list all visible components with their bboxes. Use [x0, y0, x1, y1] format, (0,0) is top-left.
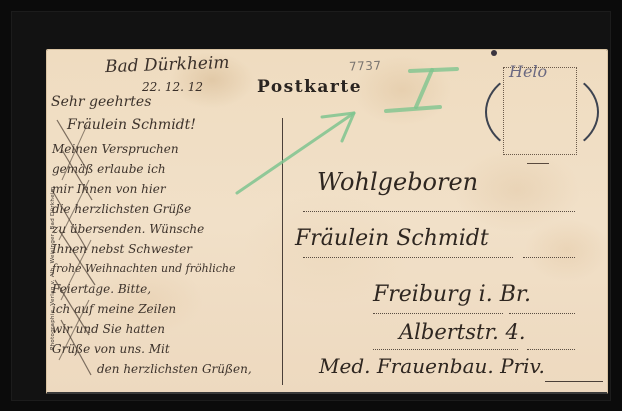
address-street: Albertstr. 4.	[399, 320, 526, 344]
message-line: den herzlichsten Grüßen,	[97, 362, 252, 376]
stamp-underline	[527, 163, 549, 164]
postmark-circle-icon	[485, 68, 599, 156]
address-note-underline	[545, 381, 603, 382]
address-rule	[303, 257, 513, 258]
address-recipient: Fräulein Schmidt	[295, 226, 489, 251]
green-crayon-numeral-icon	[382, 65, 462, 120]
message-line: Sehr geehrtes	[51, 94, 151, 110]
address-rule	[509, 313, 575, 314]
address-city: Freiburg i. Br.	[373, 282, 531, 307]
sender-date: 22. 12. 12	[142, 80, 203, 94]
card-bottom-edge	[47, 392, 607, 394]
address-rule	[527, 349, 575, 350]
address-rule	[373, 313, 503, 314]
address-rule	[373, 349, 518, 350]
crossed-writing-scribble	[47, 110, 107, 390]
printed-title: Postkarte	[257, 77, 362, 97]
postcard: 7737 Bad Dürkheim 22. 12. 12 Postkarte P…	[47, 50, 607, 393]
address-note: Med. Frauenbau. Priv.	[319, 354, 545, 378]
address-rule	[523, 257, 575, 258]
pencil-catalog-number: 7737	[349, 58, 382, 73]
sender-place: Bad Dürkheim	[105, 53, 230, 77]
address-rule	[303, 211, 575, 212]
stamp-area-note: Helo	[509, 62, 547, 81]
ink-dot	[491, 50, 497, 56]
address-salutation: Wohlgeboren	[317, 168, 478, 196]
